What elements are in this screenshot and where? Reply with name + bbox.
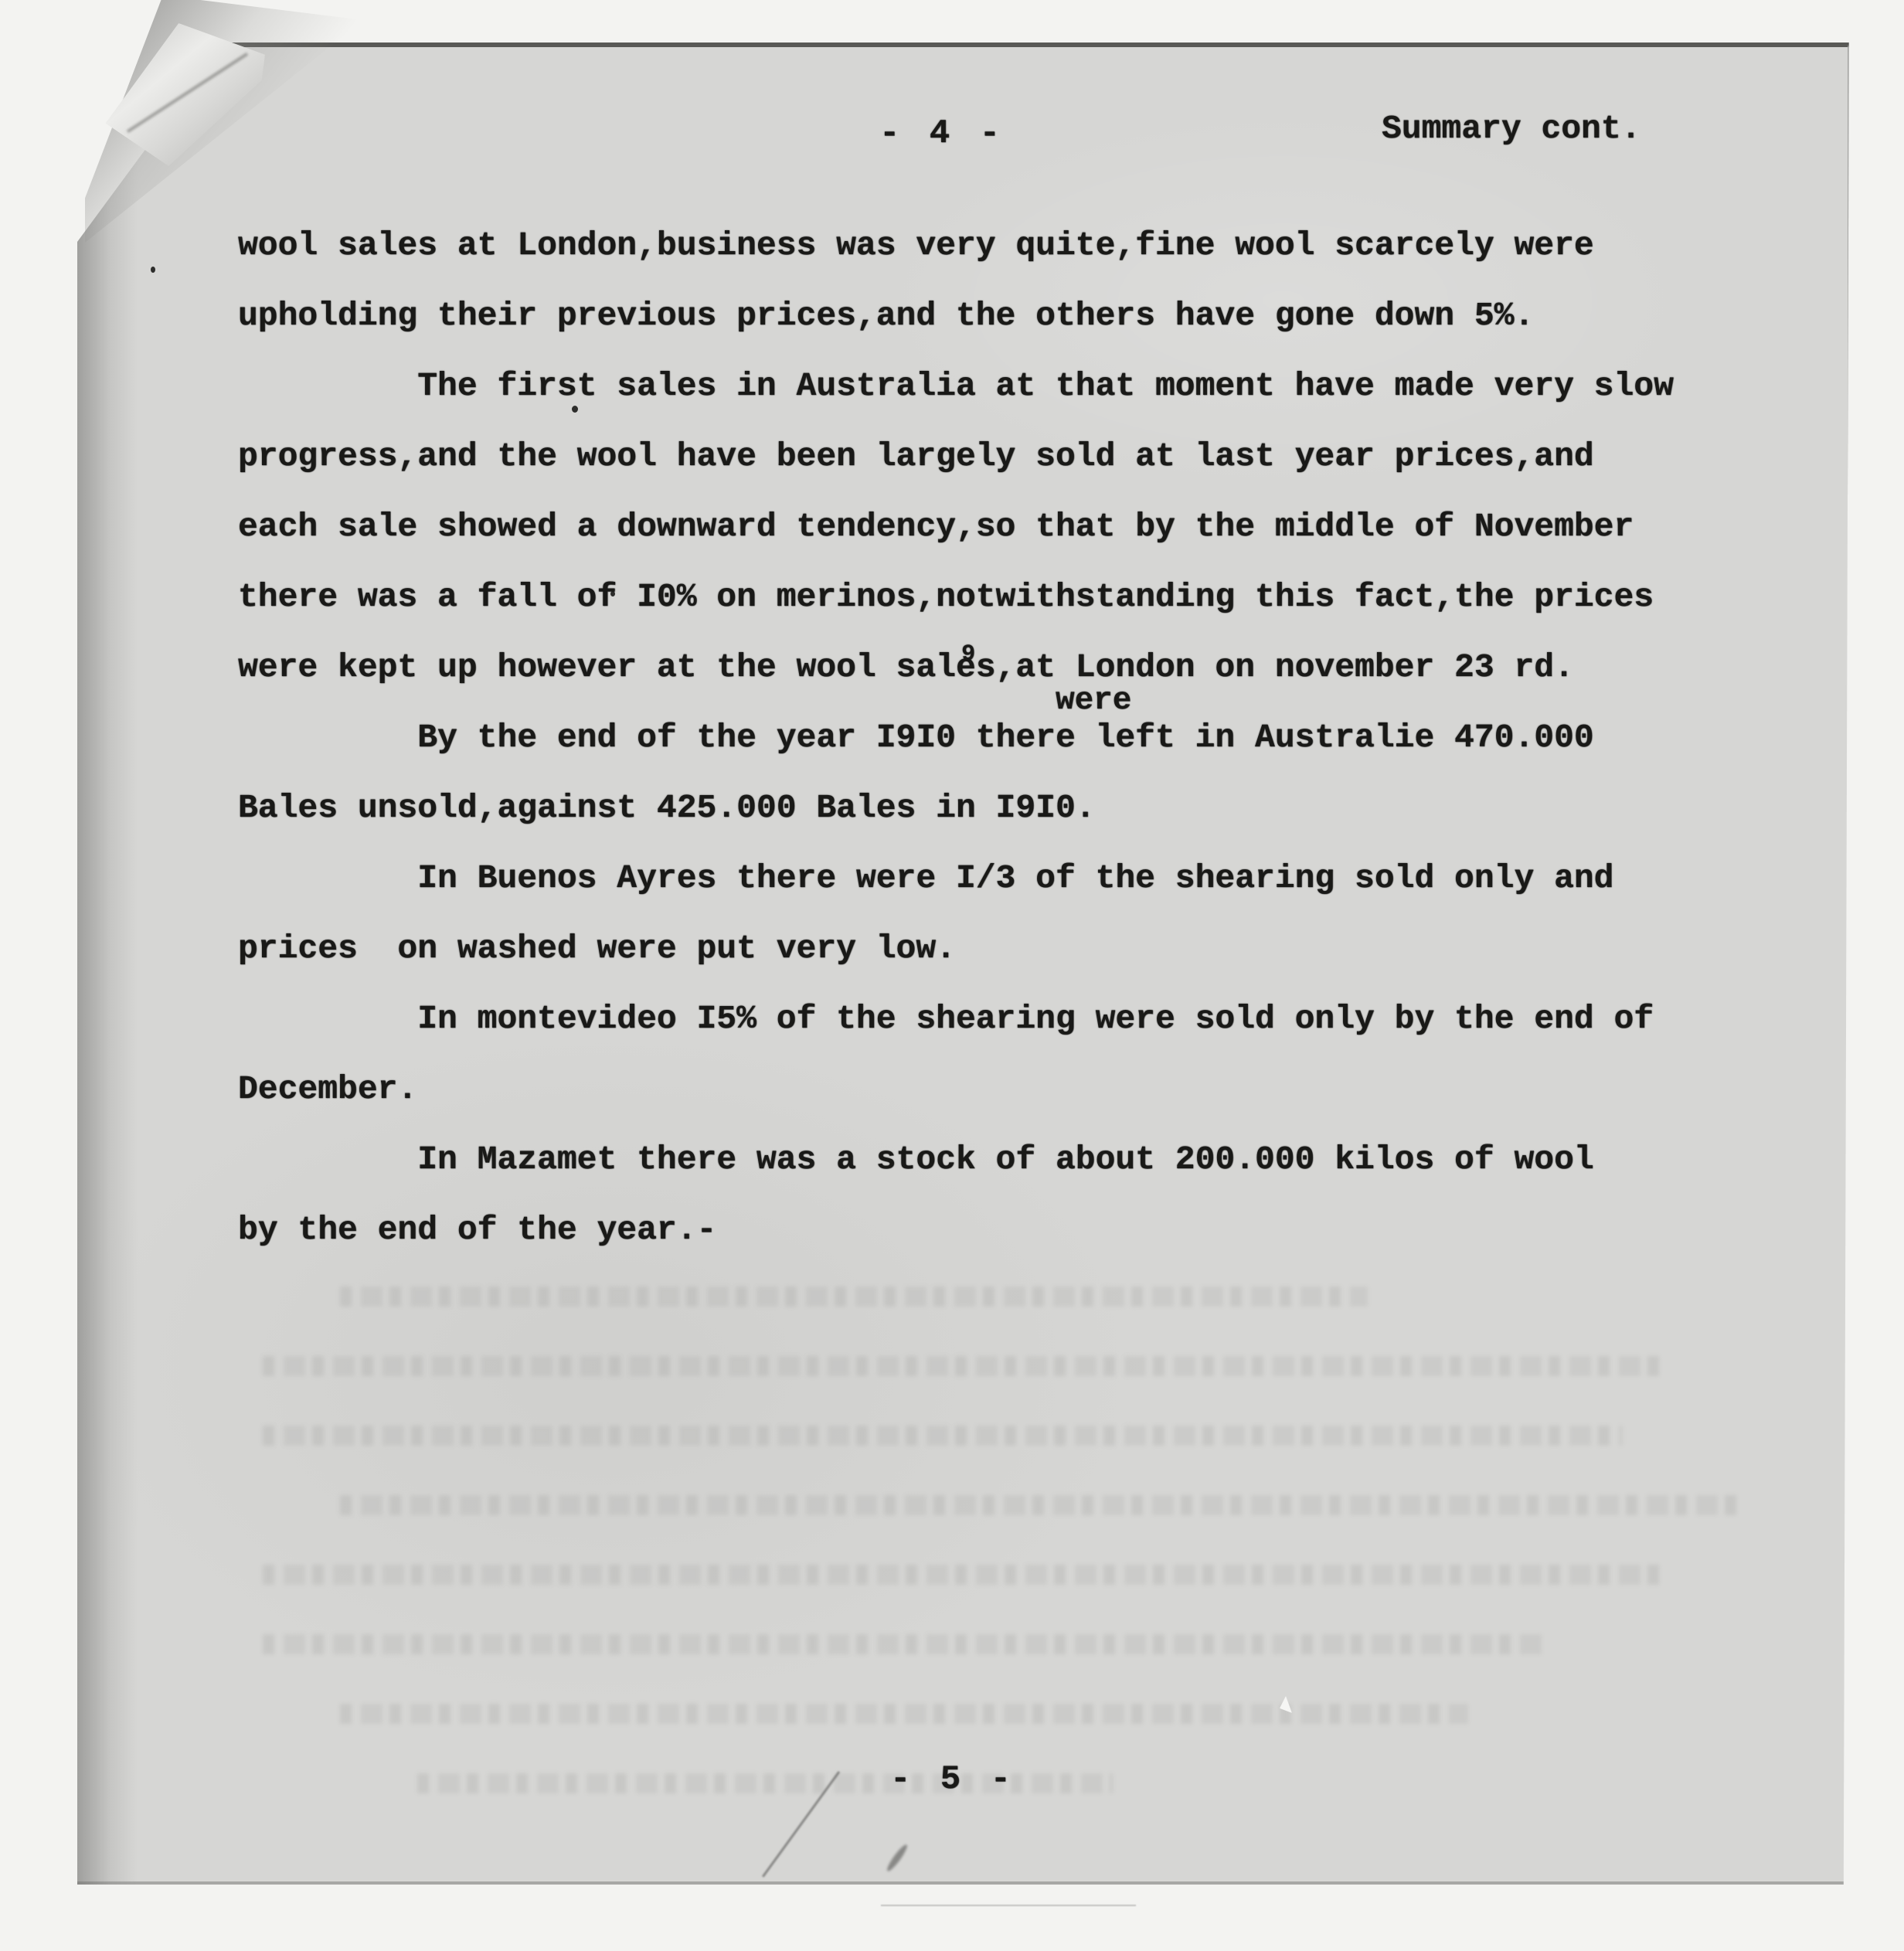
text-line: wool sales at London,business was very q… (238, 210, 1783, 280)
text-line: prices on washed were put very low. (238, 913, 1783, 984)
text-line-content: In Mazamet there was a stock of about 20… (417, 1140, 1593, 1178)
text-line-content: wool sales at London,business was very q… (238, 226, 1594, 264)
body-text: wool sales at London,business was very q… (238, 210, 1783, 1265)
text-line-content: upholding their previous prices,and the … (238, 297, 1534, 335)
text-line-content: by the end of the year.- (238, 1211, 716, 1249)
text-line: each sale showed a downward tendency,so … (238, 491, 1783, 562)
text-line-content: there was a fall of I0% on merinos,notwi… (238, 578, 1654, 616)
header-summary-cont: Summary cont. (1382, 110, 1640, 148)
text-line-content: The first sales in Australia at that mom… (417, 367, 1674, 405)
text-line: The first sales in Australia at that mom… (238, 351, 1783, 421)
text-line: In montevideo I5% of the shearing were s… (238, 984, 1783, 1054)
text-line: Bales unsold,against 425.000 Bales in I9… (238, 773, 1783, 843)
text-line: upholding their previous prices,and the … (238, 280, 1783, 351)
text-line: by the end of the year.- (238, 1195, 1783, 1265)
text-line: In Mazamet there was a stock of about 20… (238, 1124, 1783, 1195)
text-line: In Buenos Ayres there were I/3 of the sh… (238, 843, 1783, 913)
typewritten-text-layer: - 4 - Summary cont. wool sales at London… (0, 0, 1904, 1951)
interlinear-insertion: were (1056, 666, 1131, 736)
text-line-content: progress,and the wool have been largely … (238, 437, 1594, 475)
text-line-content: In montevideo I5% of the shearing were s… (417, 1000, 1654, 1038)
text-line-content: Bales unsold,against 425.000 Bales in I9… (238, 789, 1096, 827)
text-line-content: each sale showed a downward tendency,so … (238, 508, 1634, 546)
page-number-top: - 4 - (879, 114, 1005, 153)
text-line: were kept up however at the wool sales,a… (238, 632, 1783, 702)
text-line-content: were kept up however at the wool sales,a… (238, 648, 1574, 686)
superscript-mark: 9 (961, 620, 975, 690)
text-line: December. (238, 1054, 1783, 1124)
text-line-content: In Buenos Ayres there were I/3 of the sh… (417, 859, 1613, 897)
text-line-content: By the end of the year I9I0 there left i… (417, 719, 1593, 756)
text-line: By the end of the year I9I0 there left i… (238, 702, 1783, 773)
scanned-document-photo: - 4 - Summary cont. wool sales at London… (0, 0, 1904, 1951)
text-line: there was a fall of I0% on merinos,notwi… (238, 562, 1783, 632)
text-line-content: prices on washed were put very low. (238, 930, 956, 967)
text-line-content: December. (238, 1070, 417, 1108)
text-line: progress,and the wool have been largely … (238, 421, 1783, 491)
page-number-bottom: - 5 - (890, 1760, 1015, 1799)
